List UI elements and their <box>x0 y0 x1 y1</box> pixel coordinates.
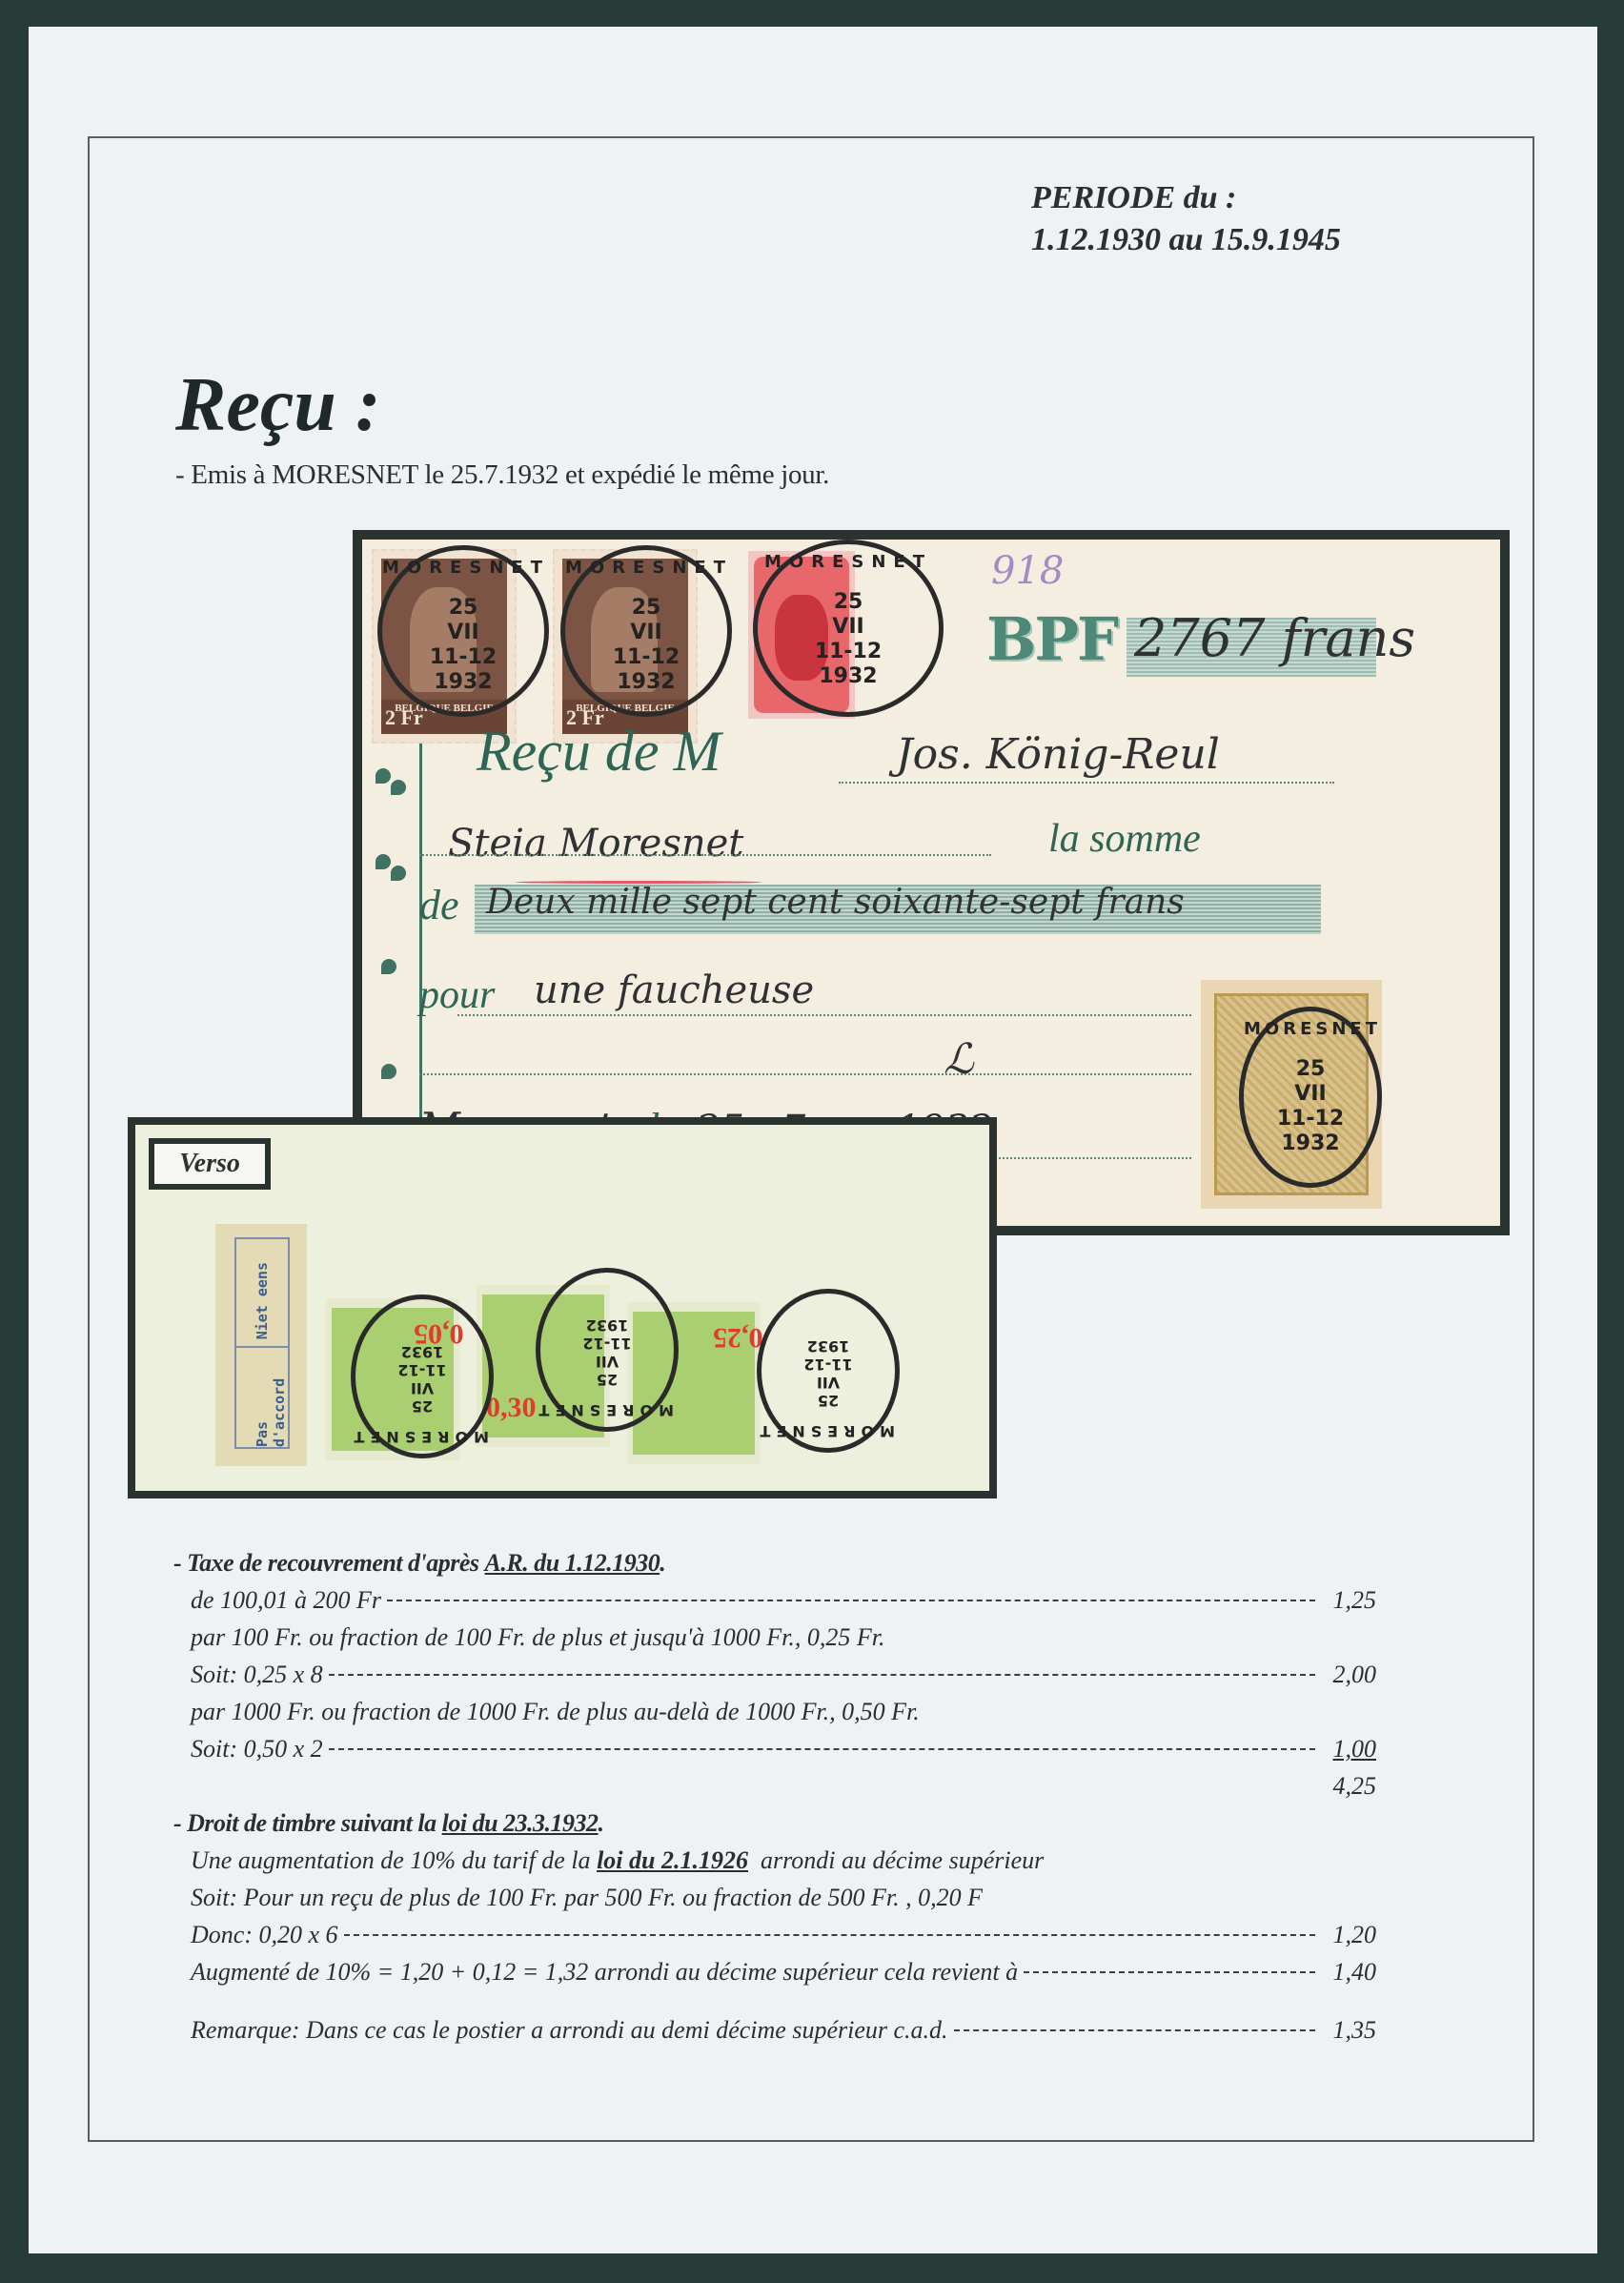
page-subtitle: - Emis à MORESNET le 25.7.1932 et expédi… <box>175 459 829 491</box>
dotted-line <box>419 854 991 856</box>
sum-label: la somme <box>1048 816 1201 862</box>
period-label: PERIODE du : <box>1031 177 1341 219</box>
postmark-cancel: MORESNET 25VII11-121932 <box>757 1289 900 1453</box>
period-range: 1.12.1930 au 15.9.1945 <box>1031 219 1341 261</box>
clover-ornament-icon <box>376 854 391 869</box>
postmark-cancel: MORESNET 25VII11-121932 <box>560 545 732 717</box>
payer-place: Steia Moresnet <box>448 822 743 866</box>
label-niet-eens: Niet eens <box>254 1262 271 1339</box>
calc-row: Soit: 0,50 x 21,00 <box>173 1730 1376 1767</box>
calc-row: Donc: 0,20 x 61,20 <box>173 1916 1376 1953</box>
stamp-value: 2 Fr <box>385 705 423 730</box>
received-label: Reçu de M <box>477 719 721 785</box>
postmark-cancel: MORESNET 25VII11-121932 <box>351 1294 494 1458</box>
dotted-line <box>839 782 1334 784</box>
postmark-cancel: MORESNET 25VII11-121932 <box>753 540 944 717</box>
verso-label: Verso <box>149 1138 271 1190</box>
calc-total: 4,25 <box>173 1767 1376 1804</box>
verso-document: Verso Pas d'accord Niet eens 0,05 0,30 0… <box>128 1117 997 1498</box>
clover-ornament-icon <box>391 780 406 795</box>
calc-row: de 100,01 à 200 Fr1,25 <box>173 1581 1376 1619</box>
objection-label-strip: Pas d'accord Niet eens <box>215 1224 307 1466</box>
clover-ornament-icon <box>381 959 396 974</box>
clover-ornament-icon <box>391 866 406 881</box>
postmark-cancel: MORESNET 25VII11-121932 <box>377 545 549 717</box>
calc-row: Augmenté de 10% = 1,20 + 0,12 = 1,32 arr… <box>173 1953 1376 1990</box>
sum-in-words: Deux mille sept cent soixante-sept frans <box>486 883 1185 922</box>
calc-remark: Remarque: Dans ce cas le postier a arron… <box>173 2011 1376 2049</box>
calc-row: Soit: 0,25 x 82,00 <box>173 1656 1376 1693</box>
label-pas-daccord: Pas d'accord <box>254 1357 288 1447</box>
calc-row: par 1000 Fr. ou fraction de 1000 Fr. de … <box>173 1693 1376 1730</box>
tariff-calculation: - Taxe de recouvrement d'après A.R. du 1… <box>173 1544 1376 2049</box>
amount-handwritten: 2767 frans <box>1134 608 1415 668</box>
clover-ornament-icon <box>376 768 391 784</box>
postmark-cancel: MORESNET 25VII11-121932 <box>536 1268 679 1432</box>
postmark-cancel: MORESNET 25VII11-121932 <box>1239 1007 1382 1188</box>
period-heading: PERIODE du : 1.12.1930 au 15.9.1945 <box>1031 177 1341 261</box>
dotted-line <box>419 1073 1191 1075</box>
de-label: de <box>419 881 459 929</box>
section-title-recouvrement: - Taxe de recouvrement d'après A.R. du 1… <box>173 1544 1376 1581</box>
calc-row: Soit: Pour un reçu de plus de 100 Fr. pa… <box>173 1879 1376 1916</box>
pour-label: pour <box>419 972 495 1018</box>
payer-name: Jos. König-Reul <box>896 730 1220 779</box>
purpose: une faucheuse <box>534 968 814 1012</box>
pencil-note: 918 <box>991 549 1064 593</box>
calc-row: Une augmentation de 10% du tarif de la l… <box>173 1842 1376 1879</box>
section-title-droit-timbre: - Droit de timbre suivant la loi du 23.3… <box>173 1804 1376 1842</box>
bpf-monogram: BPF <box>986 604 1117 674</box>
signature: ℒ <box>944 1035 974 1084</box>
clover-ornament-icon <box>381 1064 396 1079</box>
calc-row: par 100 Fr. ou fraction de 100 Fr. de pl… <box>173 1619 1376 1656</box>
dotted-line <box>457 1014 1191 1016</box>
page-title: Reçu : <box>175 362 381 448</box>
